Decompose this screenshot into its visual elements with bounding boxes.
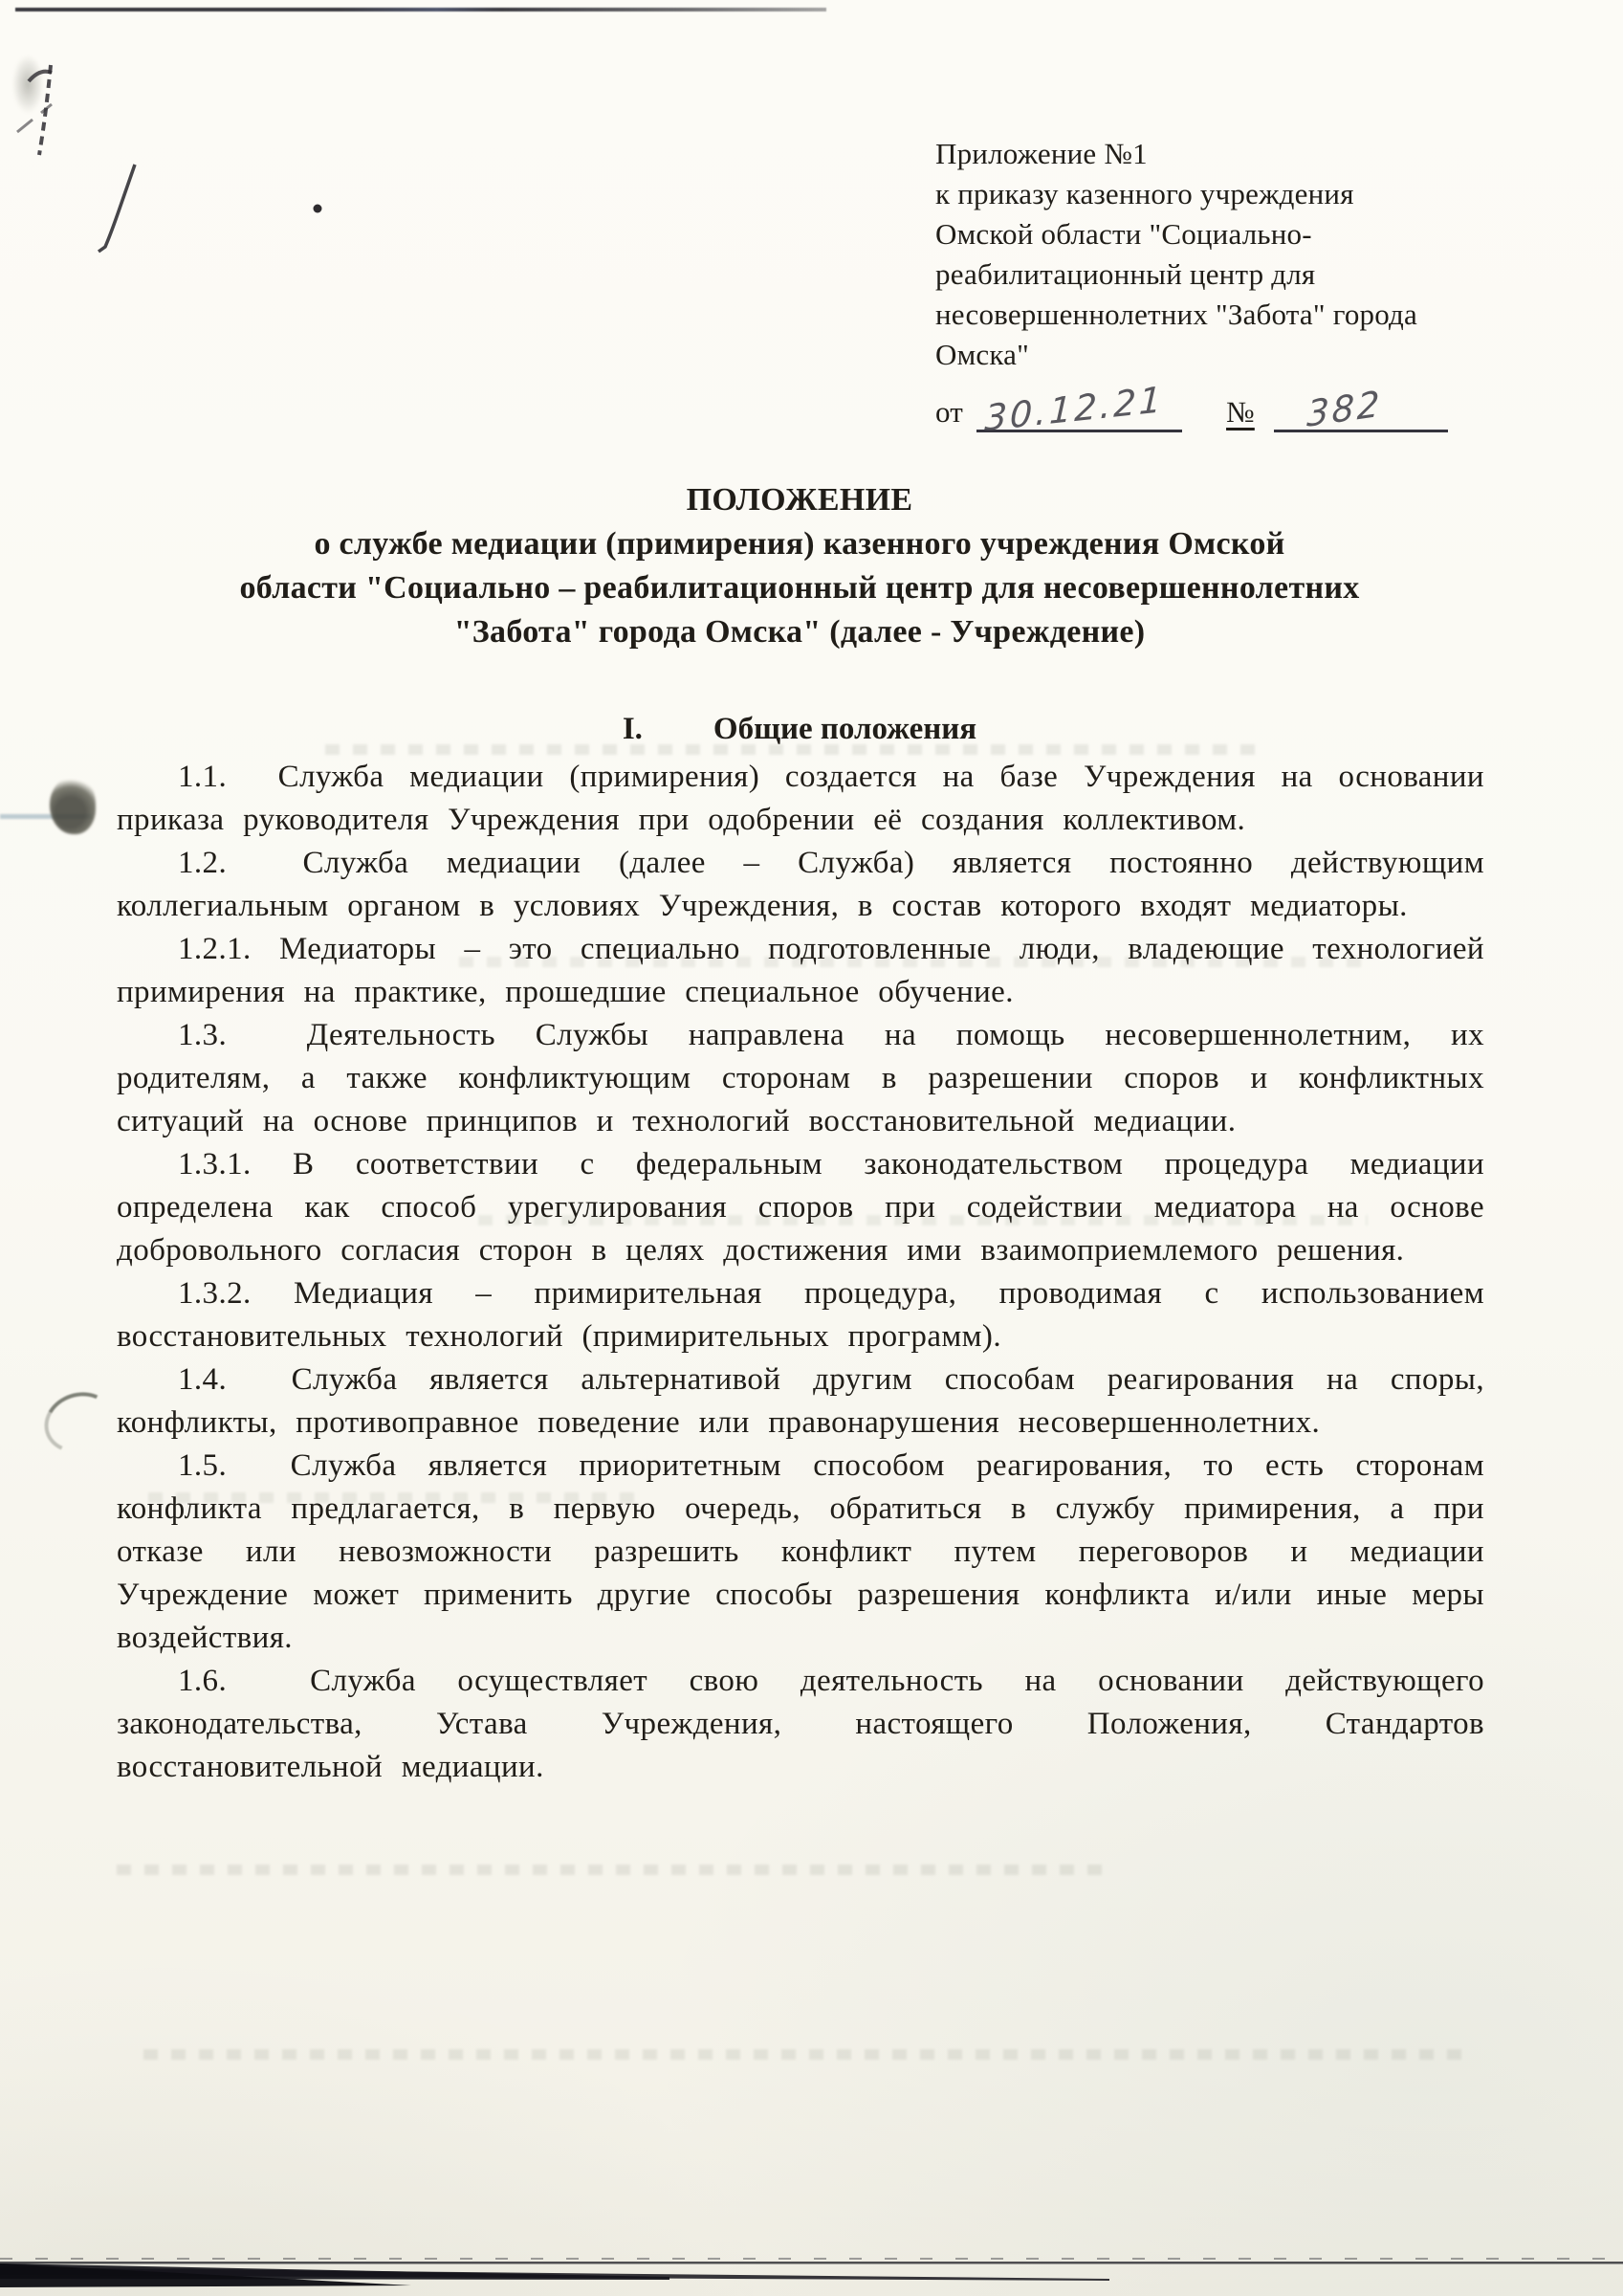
header-line: Приложение №1 (935, 134, 1576, 174)
scanner-edge-line (15, 8, 826, 11)
header-line: несовершеннолетних "Забота" города (935, 295, 1576, 335)
document-title: ПОЛОЖЕНИЕ о службе медиации (примирения)… (115, 478, 1484, 654)
document-body: 1.1. Служба медиации (примирения) создае… (117, 756, 1484, 1789)
number-underline: 382 (1274, 387, 1448, 432)
paragraph: 1.2.1. Медиаторы – это специально подгот… (117, 928, 1484, 1014)
scanner-bottom-streaks (0, 2254, 1623, 2296)
ink-dot (314, 205, 322, 213)
crescent-scan-mark (36, 1383, 122, 1462)
paragraph: 1.3. Деятельность Службы направлена на п… (117, 1014, 1484, 1143)
paragraph: 1.3.1. В соответствии с федеральным зако… (117, 1143, 1484, 1272)
scanned-document-page: Приложение №1 к приказу казенного учрежд… (0, 0, 1623, 2296)
paragraph: 1.3.2. Медиация – примирительная процеду… (117, 1272, 1484, 1358)
paragraph: 1.5. Служба является приоритетным способ… (117, 1445, 1484, 1660)
handwritten-date: 30.12.21 (984, 380, 1165, 439)
title-line: области "Социально – реабилитационный це… (115, 566, 1484, 610)
header-line: к приказу казенного учреждения (935, 174, 1576, 214)
bleed-through-line (117, 1865, 1111, 1875)
bleed-through-line (143, 2049, 1473, 2060)
from-label: от (935, 392, 963, 432)
paragraph: 1.4. Служба является альтернативой други… (117, 1358, 1484, 1445)
title-line: ПОЛОЖЕНИЕ (115, 478, 1484, 522)
handwritten-number: 382 (1305, 384, 1382, 435)
paragraph: 1.1. Служба медиации (примирения) создае… (117, 756, 1484, 842)
section-heading: I. Общие положения (115, 712, 1484, 747)
handwritten-pen-marks (0, 38, 344, 268)
section-numeral: I. (623, 712, 643, 747)
order-date-number-line: от 30.12.21 № 382 (935, 383, 1576, 432)
header-line: Омской области "Социально- (935, 214, 1576, 254)
document-header-block: Приложение №1 к приказу казенного учрежд… (935, 134, 1576, 432)
title-line: "Забота" города Омска" (далее - Учрежден… (115, 610, 1484, 654)
paragraph: 1.6. Служба осуществляет свою деятельнос… (117, 1660, 1484, 1789)
header-line: реабилитационный центр для (935, 254, 1576, 295)
title-line: о службе медиации (примирения) казенного… (115, 522, 1484, 566)
number-label: № (1226, 392, 1255, 432)
header-line: Омска" (935, 335, 1576, 375)
date-underline: 30.12.21 (976, 387, 1182, 432)
binder-hole-smudge (50, 777, 96, 834)
section-title: Общие положения (713, 712, 976, 747)
paragraph: 1.2. Служба медиации (далее – Служба) яв… (117, 842, 1484, 928)
